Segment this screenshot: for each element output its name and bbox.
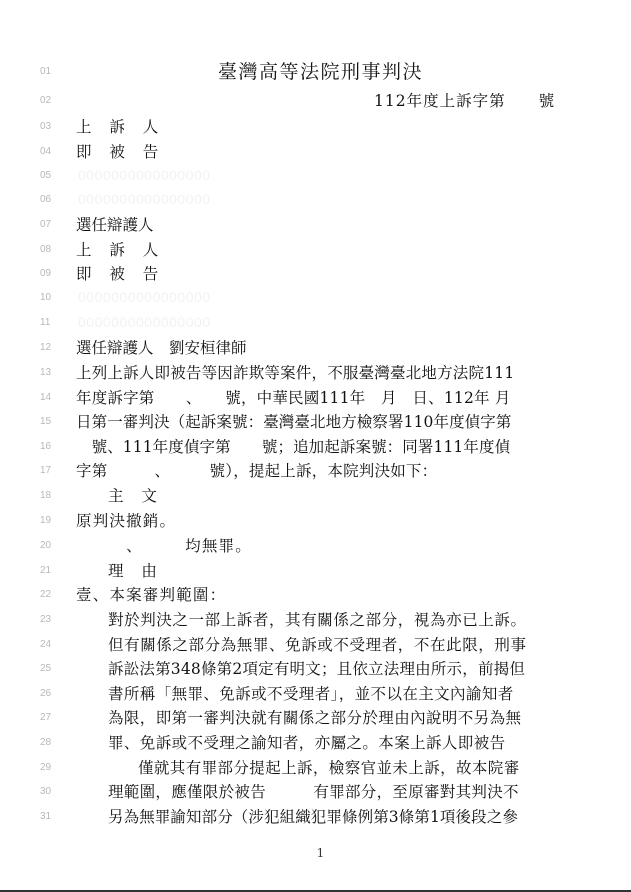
section-heading-reasons: 理 由 <box>108 559 158 583</box>
body-text: 但有關係之部分為無罪、免訴或不受理者，不在此限，刑事 <box>108 633 527 657</box>
body-text: 書所稱「無罪、免訴或不受理者」，並不以在主文內諭知者 <box>108 682 514 706</box>
line-16: 16 號、111年度偵字第 號；追加起訴案號：同署111年度偵 <box>0 435 631 459</box>
line-number: 25 <box>40 663 60 674</box>
body-text: 上列上訴人即被告等因詐欺等案件，不服臺灣臺北地方法院111 <box>76 361 514 385</box>
body-text: 訴訟法第348條第2項定有明文；且依立法理由所示，前揭但 <box>108 657 525 681</box>
line-number: 11 <box>40 317 60 328</box>
body-text: 原判決撤銷。 <box>76 509 176 533</box>
line-20: 20 、 均無罪。 <box>0 534 631 558</box>
line-03: 03 上 訴 人 <box>0 115 631 139</box>
line-18: 18 主 文 <box>0 484 631 508</box>
line-number: 20 <box>40 540 60 551</box>
line-14: 14 年度訴字第 、 號，中華民國111年 月 日、112年 月 <box>0 386 631 410</box>
line-15: 15 日第一審判決（起訴案號：臺灣臺北地方檢察署110年度偵字第 <box>0 410 631 434</box>
line-number: 14 <box>40 392 60 403</box>
line-number: 06 <box>40 194 60 205</box>
line-12: 12 選任辯護人 劉安桓律師 <box>0 336 631 360</box>
body-text: 另為無罪諭知部分（涉犯組織犯罪條例第3條第1項後段之參 <box>108 805 518 829</box>
body-text: 號、111年度偵字第 號；追加起訴案號：同署111年度偵 <box>76 435 510 459</box>
line-number: 21 <box>40 565 60 576</box>
body-text: 理範圍，應僅限於被告 有罪部分，至原審對其判決不 <box>108 780 519 804</box>
line-number: 17 <box>40 465 60 476</box>
line-number: 07 <box>40 219 60 230</box>
line-number: 15 <box>40 416 60 427</box>
line-29: 29 僅就其有罪部分提起上訴，檢察官並未上訴，故本院審 <box>0 756 631 780</box>
body-text: 對於判決之一部上訴者，其有關係之部分，視為亦已上訴。 <box>108 608 527 632</box>
line-number: 09 <box>40 268 60 279</box>
line-28: 28 罪、免訴或不受理之諭知者，亦屬之。本案上訴人即被告 <box>0 731 631 755</box>
line-21: 21 理 由 <box>0 559 631 583</box>
line-number: 27 <box>40 712 60 723</box>
case-number: 112年度上訴字第 號 <box>374 89 555 113</box>
document-title: 臺灣高等法院刑事判決 <box>0 60 631 84</box>
line-number: 10 <box>40 292 60 303</box>
line-02: 02 112年度上訴字第 號 <box>0 89 631 113</box>
body-text: 僅就其有罪部分提起上訴，檢察官並未上訴，故本院審 <box>138 756 520 780</box>
line-13: 13 上列上訴人即被告等因詐欺等案件，不服臺灣臺北地方法院111 <box>0 361 631 385</box>
line-number: 12 <box>40 342 60 353</box>
line-number: 04 <box>40 146 60 157</box>
line-26: 26 書所稱「無罪、免訴或不受理者」，並不以在主文內諭知者 <box>0 682 631 706</box>
line-19: 19 原判決撤銷。 <box>0 509 631 533</box>
line-number: 16 <box>40 441 60 452</box>
line-number: 28 <box>40 737 60 748</box>
line-10: 10 0000000000000000 <box>0 286 631 310</box>
line-11: 11 0000000000000000 <box>0 311 631 335</box>
line-number: 19 <box>40 515 60 526</box>
line-23: 23 對於判決之一部上訴者，其有關係之部分，視為亦已上訴。 <box>0 608 631 632</box>
party-label-defendant: 即 被 告 <box>76 262 160 286</box>
redacted-text: 0000000000000000 <box>78 167 211 183</box>
line-01: 01 臺灣高等法院刑事判決 <box>0 60 631 84</box>
line-number: 13 <box>40 367 60 378</box>
line-number: 26 <box>40 688 60 699</box>
line-09: 09 即 被 告 <box>0 262 631 286</box>
line-17: 17 字第 、 號），提起上訴，本院判決如下： <box>0 459 631 483</box>
party-label-defense-counsel: 選任辯護人 <box>76 213 154 237</box>
line-25: 25 訴訟法第348條第2項定有明文；且依立法理由所示，前揭但 <box>0 657 631 681</box>
line-number: 24 <box>40 639 60 650</box>
page-number: 1 <box>0 846 631 860</box>
line-24: 24 但有關係之部分為無罪、免訴或不受理者，不在此限，刑事 <box>0 633 631 657</box>
line-number: 30 <box>40 786 60 797</box>
line-number: 08 <box>40 244 60 255</box>
line-07: 07 選任辯護人 <box>0 213 631 237</box>
party-label-appellant: 上 訴 人 <box>76 115 160 139</box>
body-text: 、 均無罪。 <box>76 534 252 558</box>
line-31: 31 另為無罪諭知部分（涉犯組織犯罪條例第3條第1項後段之參 <box>0 805 631 829</box>
line-06: 06 0000000000000000 <box>0 188 631 212</box>
section-heading-main-text: 主 文 <box>108 484 158 508</box>
line-number: 31 <box>40 811 60 822</box>
body-text: 日第一審判決（起訴案號：臺灣臺北地方檢察署110年度偵字第 <box>76 410 512 434</box>
line-04: 04 即 被 告 <box>0 140 631 164</box>
party-label-defendant: 即 被 告 <box>76 140 160 164</box>
line-number: 03 <box>40 121 60 132</box>
line-30: 30 理範圍，應僅限於被告 有罪部分，至原審對其判決不 <box>0 780 631 804</box>
redacted-text: 0000000000000000 <box>78 191 211 207</box>
redacted-text: 0000000000000000 <box>78 314 211 330</box>
line-27: 27 為限，即第一審判決就有關係之部分於理由內說明不另為無 <box>0 706 631 730</box>
line-05: 05 0000000000000000 <box>0 164 631 188</box>
body-text: 為限，即第一審判決就有關係之部分於理由內說明不另為無 <box>108 706 521 730</box>
line-08: 08 上 訴 人 <box>0 238 631 262</box>
body-text: 字第 、 號），提起上訴，本院判決如下： <box>76 459 437 483</box>
redacted-text: 0000000000000000 <box>78 289 211 305</box>
defense-counsel-line: 選任辯護人 劉安桓律師 <box>76 336 247 360</box>
line-number: 29 <box>40 762 60 773</box>
subsection-heading: 壹、本案審判範圍： <box>76 583 226 607</box>
line-number: 23 <box>40 614 60 625</box>
line-number: 02 <box>40 95 60 106</box>
line-number: 05 <box>40 170 60 181</box>
line-22: 22 壹、本案審判範圍： <box>0 583 631 607</box>
body-text: 年度訴字第 、 號，中華民國111年 月 日、112年 月 <box>76 386 511 410</box>
document-page: 01 臺灣高等法院刑事判決 02 112年度上訴字第 號 03 上 訴 人 04… <box>0 0 631 890</box>
line-number: 18 <box>40 490 60 501</box>
body-text: 罪、免訴或不受理之諭知者，亦屬之。本案上訴人即被告 <box>108 731 506 755</box>
line-number: 22 <box>40 589 60 600</box>
party-label-appellant: 上 訴 人 <box>76 238 160 262</box>
